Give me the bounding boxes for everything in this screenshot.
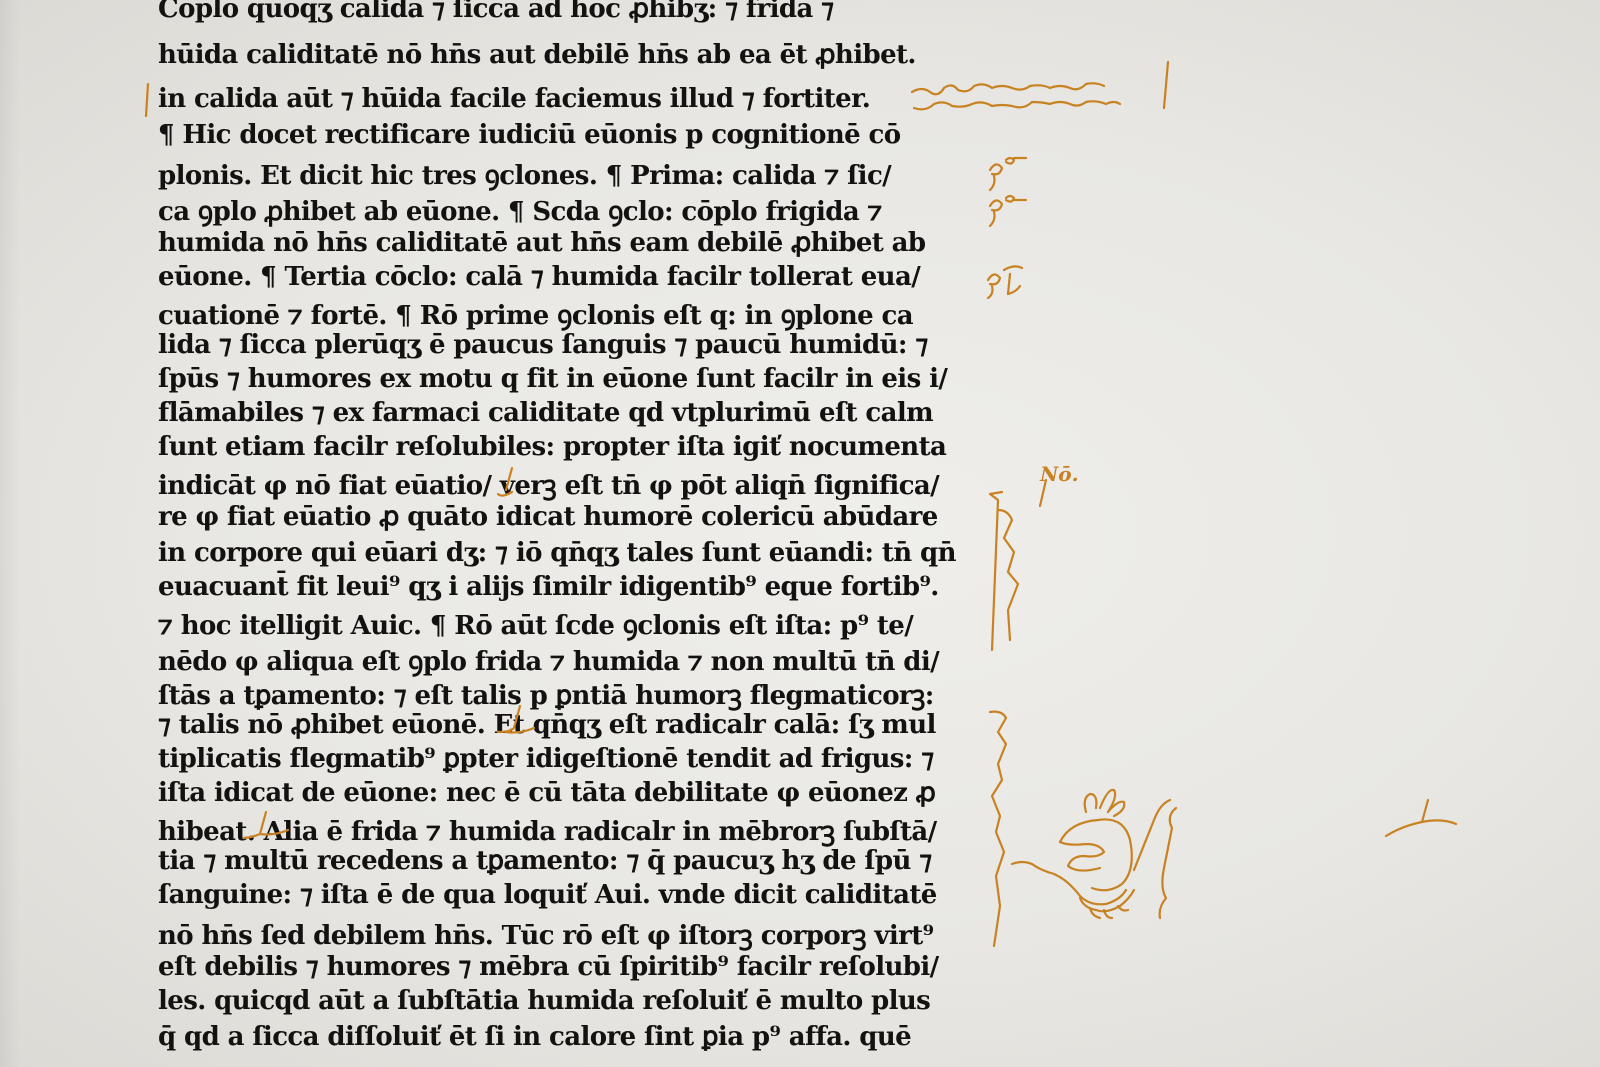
book-page-photo: φ plus vir-litat teſtantenegatégi.c.φ Au… [0, 0, 1600, 1067]
nota-bene-annotation: Nō. [1040, 462, 1079, 486]
margin-annotation-strokes-icon [0, 0, 1600, 1067]
